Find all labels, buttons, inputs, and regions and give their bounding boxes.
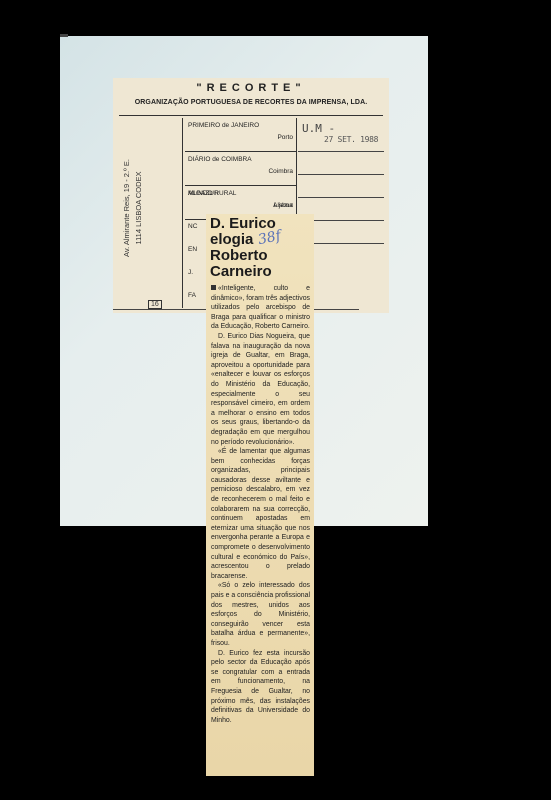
paragraph: «Inteligente, culto e dinâmico», foram t… [211, 284, 310, 332]
card-organization: ORGANIZAÇÃO PORTUGUESA DE RECORTES DA IM… [113, 99, 389, 106]
card-title: "RECORTE" [113, 82, 389, 94]
paragraph: «Só o zelo interessado dos pais e a cons… [211, 581, 310, 648]
publication-city: Porto [277, 134, 293, 141]
stamp-date: 27 SET. 1988 [324, 135, 378, 144]
middle-column-rule [296, 118, 297, 218]
publication-name: DIÁRIO de COIMBRA [188, 156, 252, 163]
partial-label: NC [188, 223, 197, 230]
sheet-corner-mark [60, 34, 68, 37]
publication-row: PRIMEIRO de JANEIRO Porto [185, 118, 295, 152]
left-column-rule [182, 118, 183, 308]
address-line-2: 1114 LISBOA CODEX [133, 123, 145, 293]
address-block: Av. Almirante Reis, 19 - 2.º E. 1114 LIS… [121, 123, 145, 293]
article-body: «Inteligente, culto e dinâmico», foram t… [211, 284, 310, 725]
partial-label: EN [188, 246, 197, 253]
header-divider [119, 115, 383, 116]
square-bullet-icon [211, 285, 216, 290]
publication-city: Coimbra [268, 168, 293, 175]
right-rule [298, 151, 384, 152]
newspaper-clipping: D. Eurico elogia Roberto Carneiro 38f «I… [206, 214, 314, 776]
publication-row: DIÁRIO de COIMBRA Coimbra [185, 152, 295, 186]
publication-city: Lisboa [274, 202, 293, 209]
stamp-source: U.M - [302, 122, 335, 135]
paragraph: D. Eurico fez esta incursão pelo sector … [211, 649, 310, 726]
page-number: 16 [148, 300, 162, 309]
publication-name: MUNDO RURAL [188, 190, 236, 197]
paragraph: D. Eurico Dias Nogueira, que falava na i… [211, 332, 310, 447]
address-line-1: Av. Almirante Reis, 19 - 2.º E. [121, 123, 133, 293]
partial-label: J. [188, 269, 193, 276]
paragraph: «É de lamentar que algumas bem conhecida… [211, 447, 310, 581]
publication-name: PRIMEIRO de JANEIRO [188, 122, 259, 129]
right-rule [298, 197, 384, 198]
partial-label: FA [188, 292, 196, 299]
right-rule [298, 174, 384, 175]
